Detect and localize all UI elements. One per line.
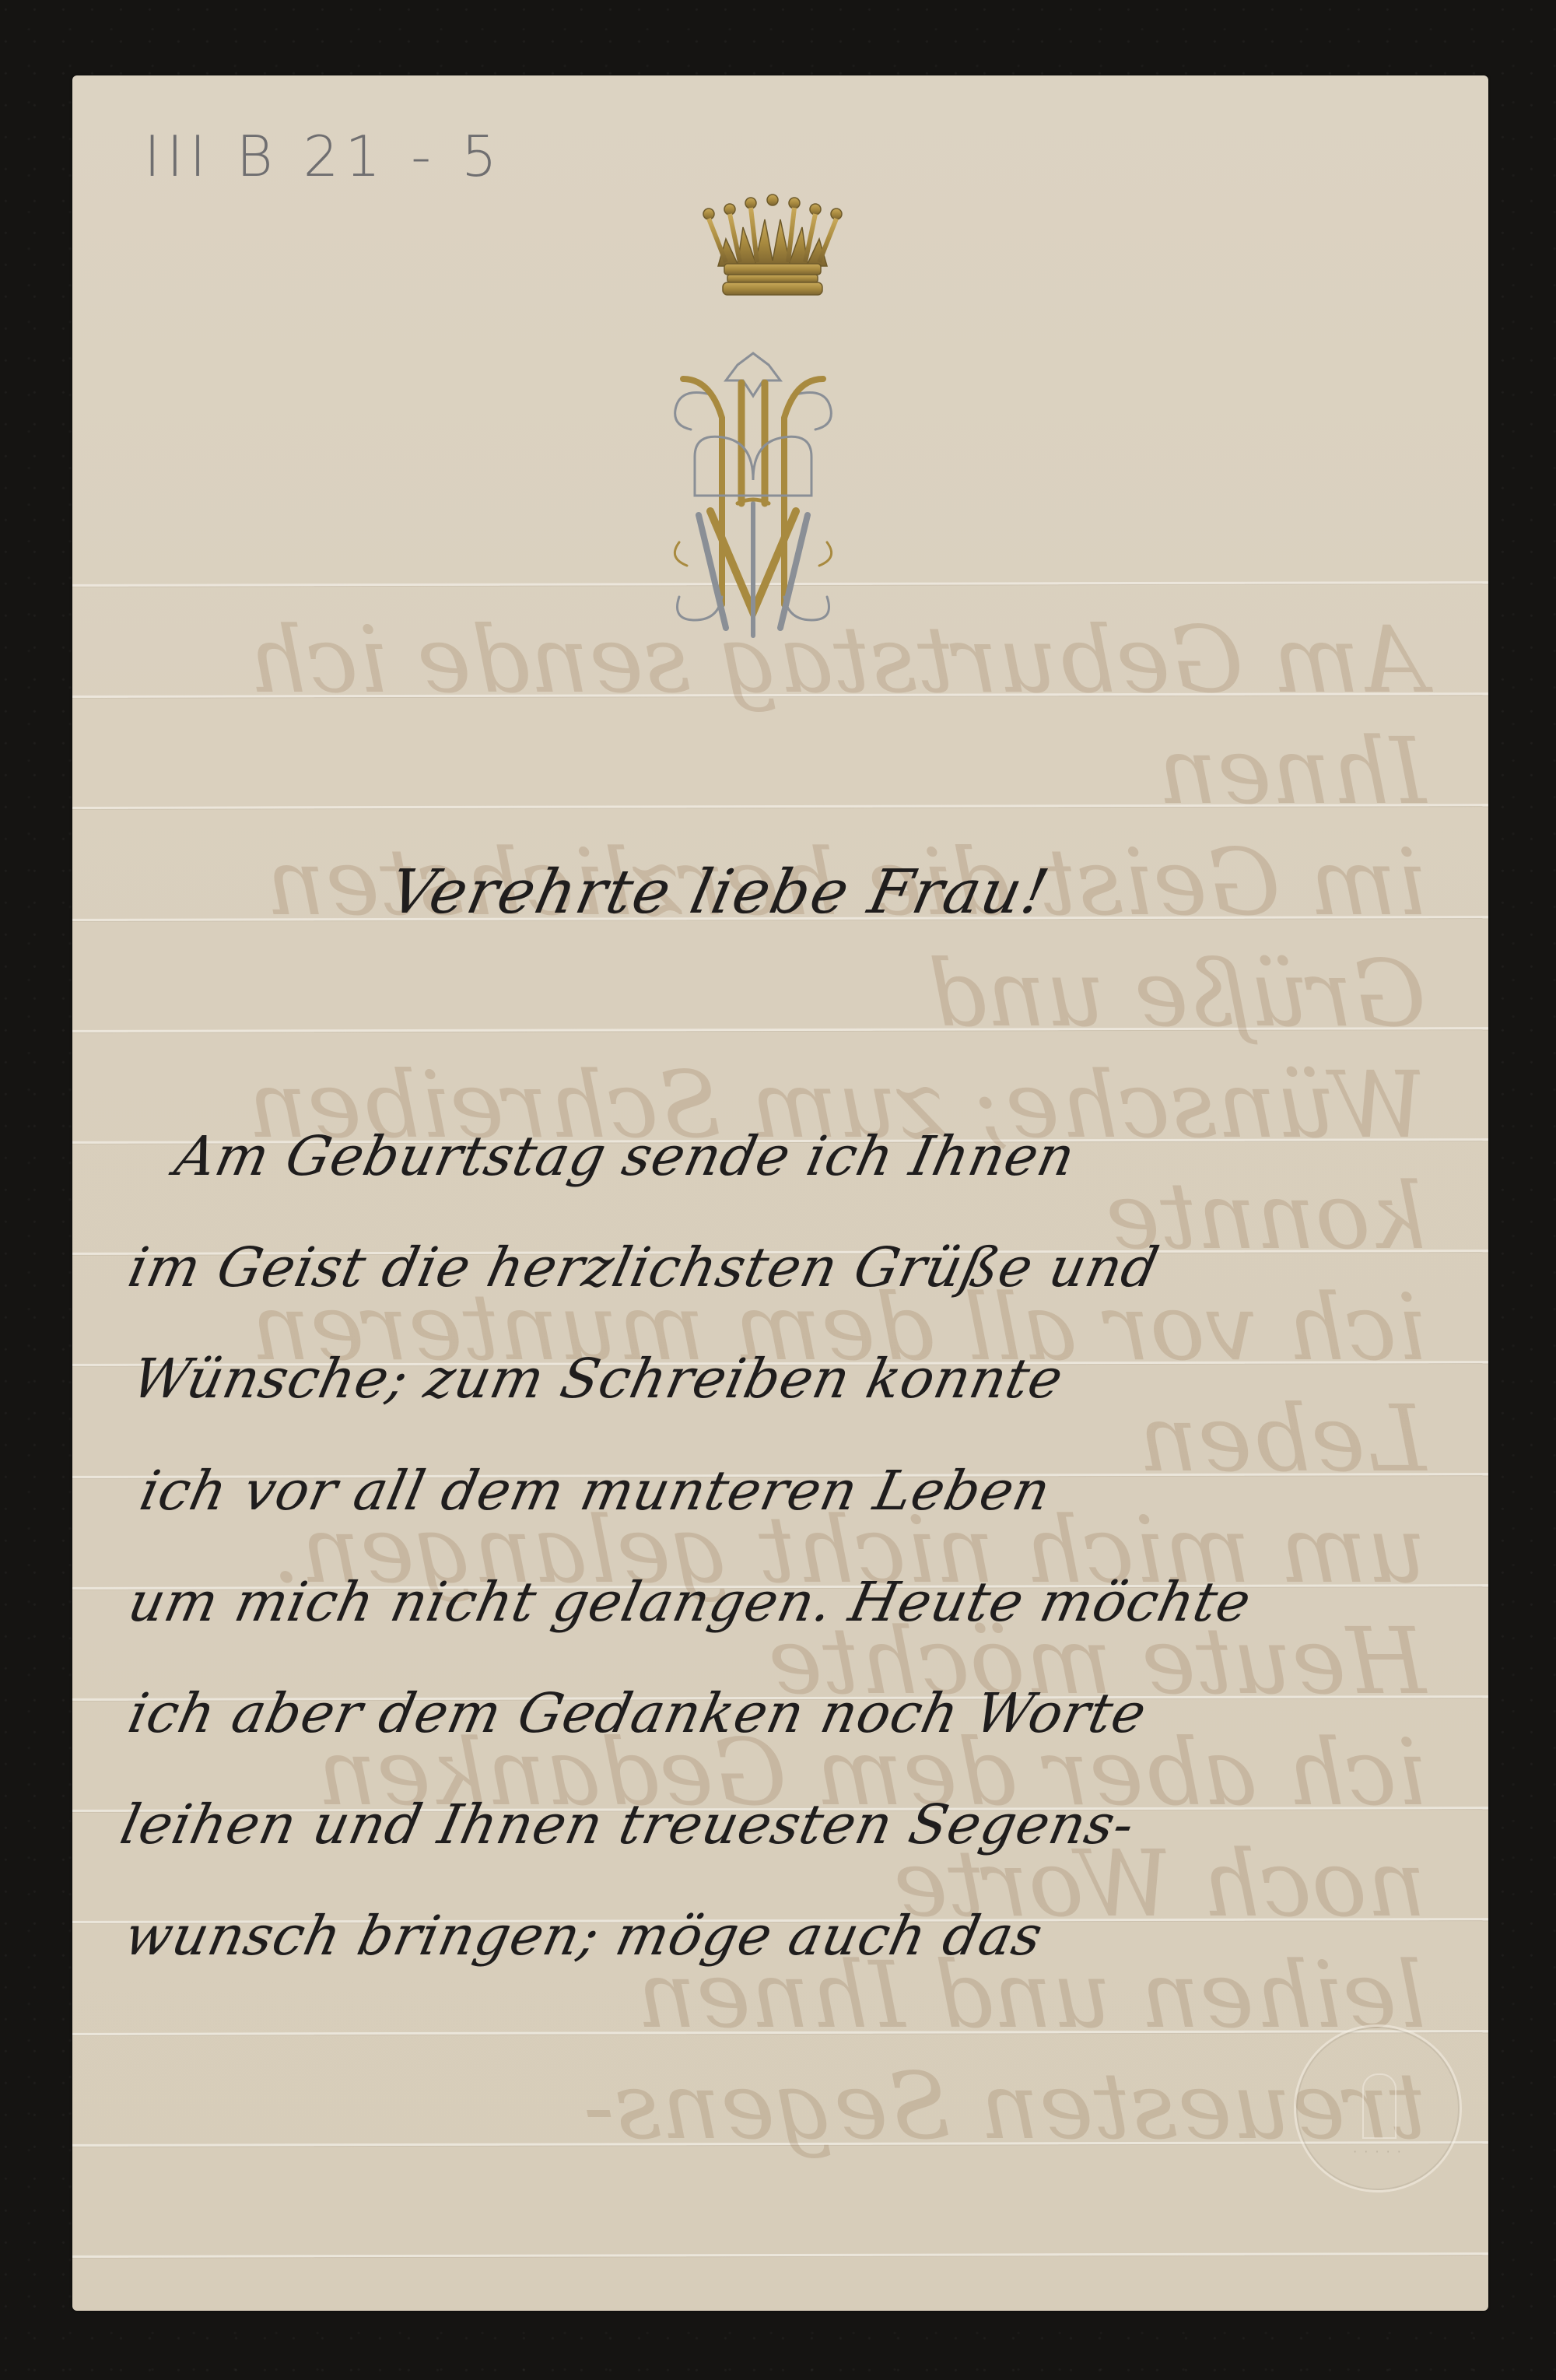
ruled-line bbox=[72, 804, 1488, 809]
ruled-line bbox=[72, 1027, 1488, 1032]
letter-body-line: ich aber dem Gedanken noch Worte bbox=[123, 1681, 1152, 1745]
interlaced-monogram-icon bbox=[664, 348, 843, 643]
stamp-legend: · · · · · bbox=[1296, 2144, 1460, 2159]
letter-body-line: wunsch bringen; möge auch das bbox=[119, 1904, 1049, 1968]
ruled-line bbox=[72, 2141, 1488, 2147]
letter-body-line: Wünsche; zum Schreiben konnte bbox=[127, 1347, 1069, 1411]
letter-body-line: im Geist die herzlichsten Grüße und bbox=[123, 1236, 1165, 1299]
letter-body-line: um mich nicht gelangen. Heute möchte bbox=[123, 1570, 1257, 1634]
embossed-archive-stamp-icon: · · · · · bbox=[1294, 2024, 1462, 2192]
letter-body-line: Am Geburtstag sende ich Ihnen bbox=[170, 1124, 1081, 1188]
letter-sheet: Am Geburtstag sende ich Ihnen im Geist d… bbox=[72, 75, 1488, 2311]
ruled-line bbox=[72, 2030, 1488, 2035]
ruled-line bbox=[72, 2252, 1488, 2258]
letter-body-line: ich vor all dem munteren Leben bbox=[135, 1459, 1057, 1523]
archive-shelfmark: III B 21 - 5 bbox=[144, 124, 503, 189]
stamp-tower-emblem bbox=[1362, 2073, 1397, 2139]
coronet-crown-icon bbox=[695, 192, 850, 301]
letter-salutation: Verehrte liebe Frau! bbox=[384, 857, 1056, 927]
ruled-line bbox=[72, 692, 1488, 698]
letter-body-line: leihen und Ihnen treuesten Segens- bbox=[115, 1793, 1141, 1856]
